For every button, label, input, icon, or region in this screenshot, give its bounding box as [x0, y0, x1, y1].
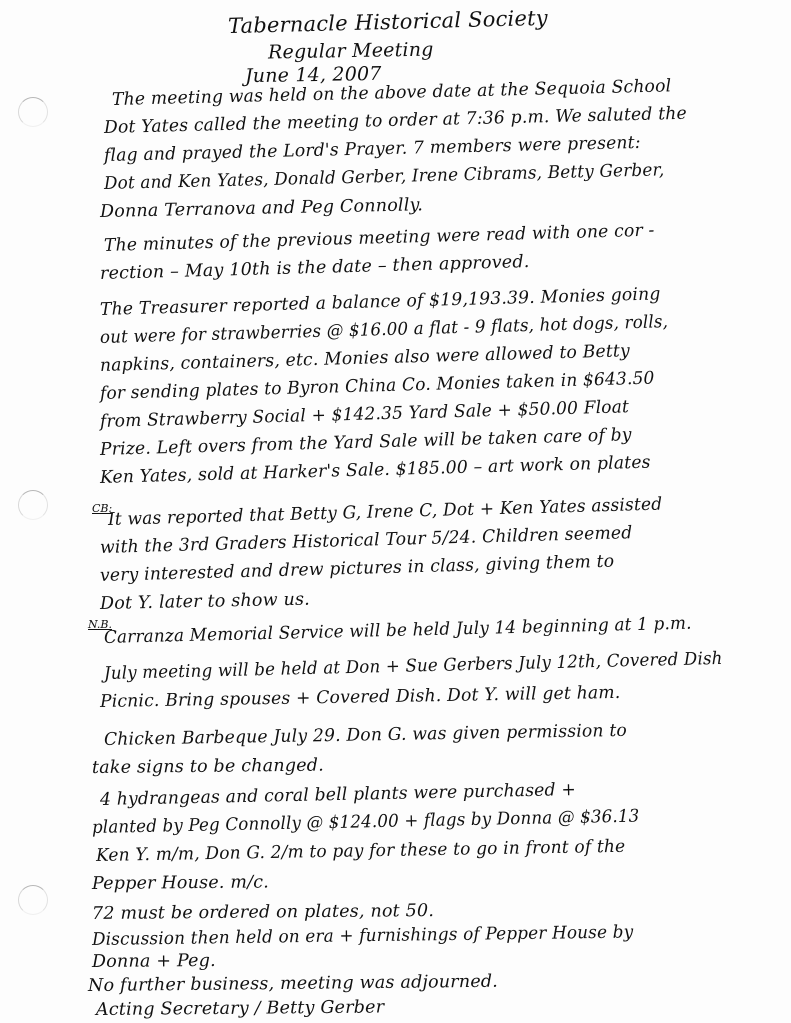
minutes-line-24: 4 hydrangeas and coral bell plants were …: [100, 780, 576, 810]
minutes-line-5: Donna Terranova and Peg Connolly.: [100, 195, 423, 222]
punch-hole-bottom: [18, 885, 48, 915]
minutes-line-6: The minutes of the previous meeting were…: [104, 221, 655, 256]
minutes-line-29: Discussion then held on era + furnishing…: [92, 922, 634, 950]
punch-hole-top: [18, 97, 48, 127]
minutes-line-23: take signs to be changed.: [92, 756, 324, 778]
minutes-line-27: Pepper House. m/c.: [92, 872, 269, 894]
minutes-line-26: Ken Y. m/m, Don G. 2/m to pay for these …: [96, 837, 626, 866]
minutes-line-18: Dot Y. later to show us.: [100, 590, 310, 614]
secretary-signature: Acting Secretary / Betty Gerber: [96, 997, 384, 1020]
minutes-line-4: Dot and Ken Yates, Donald Gerber, Irene …: [104, 160, 665, 194]
punch-hole-middle: [18, 490, 48, 520]
minutes-line-1: The meeting was held on the above date a…: [112, 76, 672, 110]
minutes-line-25: planted by Peg Connolly @ $124.00 + flag…: [92, 807, 640, 838]
minutes-line-22: Chicken Barbeque July 29. Don G. was giv…: [104, 721, 627, 750]
minutes-line-30: Donna + Peg.: [92, 951, 216, 972]
minutes-line-2: Dot Yates called the meeting to order at…: [104, 104, 687, 138]
minutes-line-19: Carranza Memorial Service will be held J…: [104, 614, 692, 648]
meeting-type: Regular Meeting: [268, 39, 434, 64]
minutes-line-21: Picnic. Bring spouses + Covered Dish. Do…: [100, 683, 621, 712]
minutes-line-17: very interested and drew pictures in cla…: [100, 552, 615, 586]
scanned-minutes-page: Tabernacle Historical Society Regular Me…: [0, 0, 791, 1023]
minutes-line-3: flag and prayed the Lord's Prayer. 7 mem…: [104, 133, 641, 166]
minutes-line-14: Ken Yates, sold at Harker's Sale. $185.0…: [100, 453, 651, 488]
minutes-line-20: July meeting will be held at Don + Sue G…: [104, 649, 723, 684]
organization-title: Tabernacle Historical Society: [228, 6, 548, 38]
minutes-line-28: 72 must be ordered on plates, not 50.: [92, 901, 434, 924]
minutes-line-7: rection – May 10th is the date – then ap…: [100, 252, 530, 284]
minutes-line-31: No further business, meeting was adjourn…: [88, 972, 498, 996]
